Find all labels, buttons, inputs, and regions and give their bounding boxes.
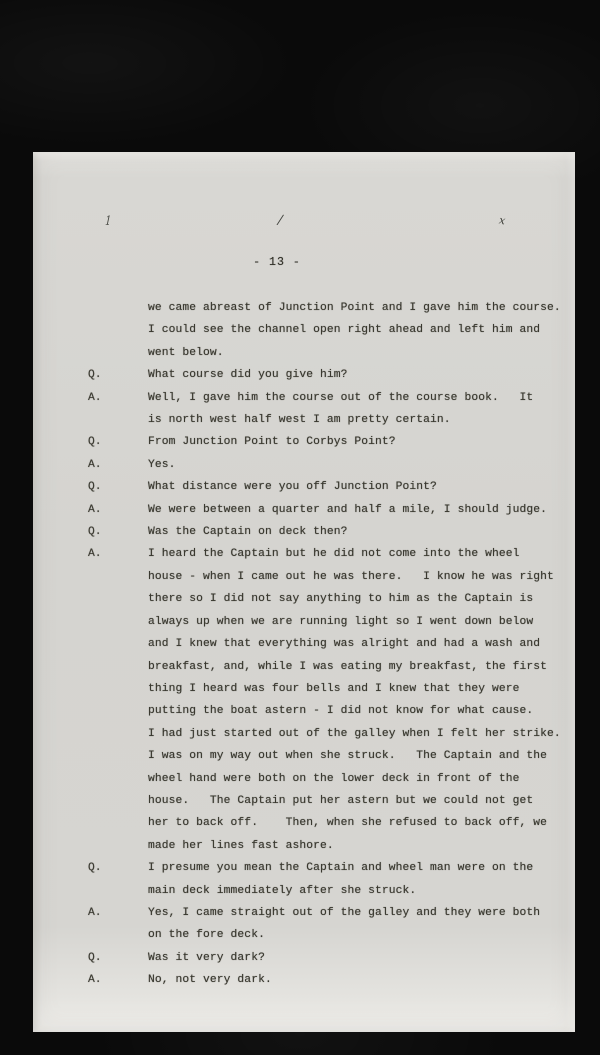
qa-entry: Q. From Junction Point to Corbys Point? <box>33 431 567 453</box>
transcript-line: house - when I came out he was there. I … <box>148 566 567 588</box>
document-page: 1/x - 13 - we came abreast of Junction P… <box>33 152 575 1032</box>
entry-lines: I presume you mean the Captain and wheel… <box>148 857 567 902</box>
qa-entry: A. I heard the Captain but he did not co… <box>33 543 567 857</box>
pencil-mark: / <box>277 213 283 228</box>
entry-lines: Was it very dark? <box>148 947 567 969</box>
transcript-line: on the fore deck. <box>148 924 567 946</box>
transcript-line: Was the Captain on deck then? <box>148 521 567 543</box>
transcript: we came abreast of Junction Point and I … <box>33 297 567 992</box>
transcript-line: house. The Captain put her astern but we… <box>148 790 567 812</box>
transcript-line: made her lines fast ashore. <box>148 835 567 857</box>
qa-entry: Q. What distance were you off Junction P… <box>33 476 567 498</box>
entry-lines: From Junction Point to Corbys Point? <box>148 431 567 453</box>
transcript-line: thing I heard was four bells and I knew … <box>148 678 567 700</box>
entry-lines: Was the Captain on deck then? <box>148 521 567 543</box>
speaker-label: A. <box>88 499 148 521</box>
transcript-line: I had just started out of the galley whe… <box>148 723 567 745</box>
speaker-label: Q. <box>88 521 148 543</box>
pencil-mark: 1 <box>105 214 112 229</box>
speaker-label: Q. <box>88 431 148 453</box>
qa-entry: A. Yes, I came straight out of the galle… <box>33 902 567 947</box>
transcript-line: went below. <box>148 342 567 364</box>
transcript-line: and I knew that everything was alright a… <box>148 633 567 655</box>
speaker-label: Q. <box>88 857 148 879</box>
entry-lines: No, not very dark. <box>148 969 567 991</box>
speaker-label: A. <box>88 387 148 409</box>
entry-lines: Yes. <box>148 454 567 476</box>
speaker-label: Q. <box>88 364 148 386</box>
transcript-line: we came abreast of Junction Point and I … <box>148 297 567 319</box>
speaker-label: A. <box>88 969 148 991</box>
pencil-mark: x <box>498 214 506 228</box>
qa-entry: A. Well, I gave him the course out of th… <box>33 387 567 432</box>
qa-entry: A. We were between a quarter and half a … <box>33 499 567 521</box>
transcript-line: I heard the Captain but he did not come … <box>148 543 567 565</box>
entry-lines: we came abreast of Junction Point and I … <box>148 297 567 364</box>
transcript-line: I could see the channel open right ahead… <box>148 319 567 341</box>
entry-lines: What distance were you off Junction Poin… <box>148 476 567 498</box>
transcript-line: her to back off. Then, when she refused … <box>148 812 567 834</box>
transcript-line: main deck immediately after she struck. <box>148 880 567 902</box>
speaker-label: A. <box>88 543 148 565</box>
page-number: - 13 - <box>33 256 521 269</box>
transcript-line: breakfast, and, while I was eating my br… <box>148 656 567 678</box>
transcript-line: What distance were you off Junction Poin… <box>148 476 567 498</box>
qa-entry: Q. I presume you mean the Captain and wh… <box>33 857 567 902</box>
transcript-line: wheel hand were both on the lower deck i… <box>148 768 567 790</box>
qa-entry: we came abreast of Junction Point and I … <box>33 297 567 364</box>
transcript-line: We were between a quarter and half a mil… <box>148 499 567 521</box>
transcript-line: I presume you mean the Captain and wheel… <box>148 857 567 879</box>
transcript-line: putting the boat astern - I did not know… <box>148 700 567 722</box>
speaker-label: Q. <box>88 947 148 969</box>
qa-entry: Q. What course did you give him? <box>33 364 567 386</box>
transcript-line: Yes. <box>148 454 567 476</box>
transcript-line: always up when we are running light so I… <box>148 611 567 633</box>
transcript-line: Well, I gave him the course out of the c… <box>148 387 567 409</box>
qa-entry: A. No, not very dark. <box>33 969 567 991</box>
transcript-line: is north west half west I am pretty cert… <box>148 409 567 431</box>
entry-lines: What course did you give him? <box>148 364 567 386</box>
entry-lines: Well, I gave him the course out of the c… <box>148 387 567 432</box>
transcript-line: What course did you give him? <box>148 364 567 386</box>
entry-lines: I heard the Captain but he did not come … <box>148 543 567 857</box>
transcript-line: Was it very dark? <box>148 947 567 969</box>
speaker-label: Q. <box>88 476 148 498</box>
qa-entry: Q. Was it very dark? <box>33 947 567 969</box>
film-background: 1/x - 13 - we came abreast of Junction P… <box>0 0 600 1055</box>
entry-lines: We were between a quarter and half a mil… <box>148 499 567 521</box>
entry-lines: Yes, I came straight out of the galley a… <box>148 902 567 947</box>
transcript-line: From Junction Point to Corbys Point? <box>148 431 567 453</box>
qa-entry: Q. Was the Captain on deck then? <box>33 521 567 543</box>
transcript-line: there so I did not say anything to him a… <box>148 588 567 610</box>
speaker-label: A. <box>88 454 148 476</box>
transcript-line: No, not very dark. <box>148 969 567 991</box>
qa-entry: A. Yes. <box>33 454 567 476</box>
speaker-label: A. <box>88 902 148 924</box>
transcript-line: I was on my way out when she struck. The… <box>148 745 567 767</box>
transcript-line: Yes, I came straight out of the galley a… <box>148 902 567 924</box>
